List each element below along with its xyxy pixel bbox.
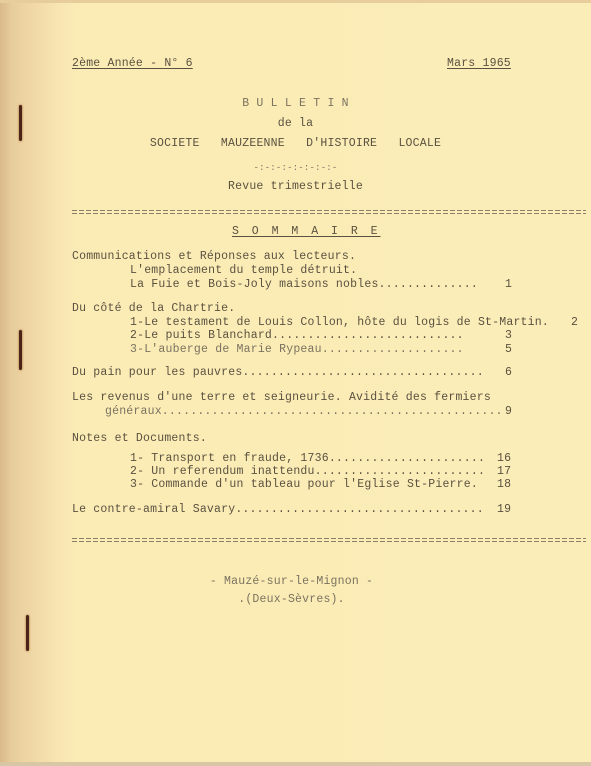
section-title: Communications et Réponses aux lecteurs. bbox=[72, 250, 356, 263]
toc-page: 5 bbox=[505, 343, 512, 356]
section-title: Du côté de la Chartrie. bbox=[72, 302, 235, 315]
toc-item: 2-Le puits Blanchard....................… bbox=[130, 329, 464, 342]
toc-page: 6 bbox=[505, 366, 512, 379]
staple bbox=[19, 330, 22, 370]
footer-place: - Mauzé-sur-le-Mignon - bbox=[0, 575, 587, 588]
toc-item: 1-Le testament de Louis Collon, hôte du … bbox=[130, 316, 549, 329]
section-title: Notes et Documents. bbox=[72, 432, 207, 445]
title-de-la: de la bbox=[0, 117, 591, 130]
document-page: 2ème Année - N° 6 Mars 1965 B U L L E T … bbox=[0, 0, 591, 766]
society-name: SOCIETE MAUZEENNE D'HISTOIRE LOCALE bbox=[0, 137, 591, 150]
staple bbox=[26, 615, 29, 651]
sommaire-heading: S O M M A I R E bbox=[232, 225, 381, 238]
toc-page: 9 bbox=[505, 405, 512, 418]
section-title: Du pain pour les pauvres................… bbox=[72, 366, 484, 379]
issue-date: Mars 1965 bbox=[447, 57, 511, 70]
toc-page: 1 bbox=[505, 278, 512, 291]
divider-top bbox=[72, 209, 586, 215]
bulletin-title: B U L L E T I N bbox=[0, 97, 591, 110]
section-title: Les revenus d'une terre et seigneurie. A… bbox=[72, 391, 491, 404]
toc-item: La Fuie et Bois-Joly maisons nobles.....… bbox=[130, 278, 478, 291]
section-continuation: généraux................................… bbox=[105, 405, 503, 418]
divider-bottom bbox=[72, 537, 586, 543]
toc-page: 2 bbox=[571, 316, 578, 329]
issue-number: 2ème Année - N° 6 bbox=[72, 57, 193, 70]
ornament: -:-:-:-:-:-:-:- bbox=[0, 162, 591, 175]
toc-page: 18 bbox=[497, 478, 511, 491]
toc-page: 19 bbox=[497, 503, 511, 516]
section-title: Le contre-amiral Savary.................… bbox=[72, 503, 484, 516]
toc-item: L'emplacement du temple détruit. bbox=[130, 264, 357, 277]
toc-page: 3 bbox=[505, 329, 512, 342]
toc-page: 16 bbox=[497, 452, 511, 465]
toc-item: 1- Transport en fraude, 1736............… bbox=[130, 452, 485, 465]
toc-item: 3- Commande d'un tableau pour l'Eglise S… bbox=[130, 478, 478, 491]
toc-item: 2- Un referendum inattendu..............… bbox=[130, 465, 485, 478]
footer-region: .(Deux-Sèvres). bbox=[0, 593, 587, 606]
subtitle: Revue trimestrielle bbox=[0, 180, 591, 193]
toc-page: 17 bbox=[497, 465, 511, 478]
toc-item: 3-L'auberge de Marie Rypeau.............… bbox=[130, 343, 464, 356]
